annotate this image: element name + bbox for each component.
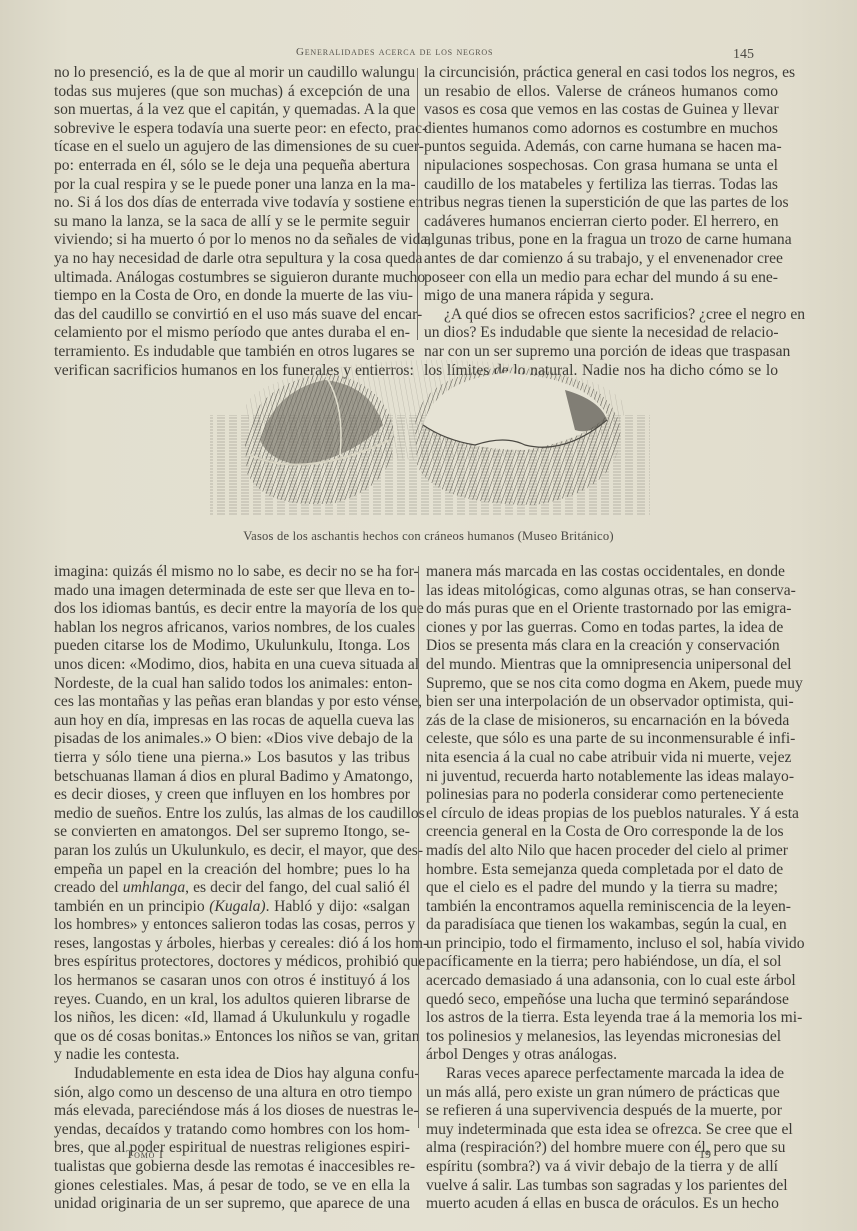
column-divider [418,566,419,1128]
text-line: viviendo; si ha muerto ó por lo menos no… [54,231,410,250]
text-line: polinesias para no poderla considerar co… [426,786,778,805]
text-line: celeste, que sólo es una parte de su inc… [426,730,778,749]
text-line: son muertas, á la vez que el capitán, y … [54,101,410,120]
text-line: se refieren á una supervivencia después … [426,1102,778,1121]
text-line: creado del umhlanga, es decir del fango,… [54,879,410,898]
text-line: madís del alto Nilo que hacen proceder d… [426,842,778,861]
text-line: también en un principio (Kugala). Habló … [54,898,410,917]
text-line: acercado demasiado á una adansonia, con … [426,972,778,991]
text-line: vasos es cosa que vemos en las costas de… [424,101,778,120]
text-line: ces las montañas y las peñas eran blanda… [54,693,410,712]
volume-label: Tomo I [126,1147,164,1162]
text-line: tribus negras tienen la superstición de … [424,194,778,213]
text-line: reyes. Cuando, en un kral, los adultos q… [54,991,410,1010]
text-line: betschuanas llaman á dios en plural Badi… [54,768,410,787]
text-line: las ideas mitológicas, como algunas otra… [426,582,778,601]
text-line: algunas tribus, pone en la fragua un tro… [424,231,778,250]
text-line: nita esencia á la cual no cabe atribuir … [426,749,778,768]
text-line: que os dé cosas bonitas.» Entonces los n… [54,1028,410,1047]
page-header: Generalidades acerca de los negros 145 [0,46,857,64]
text-line: reses, langostas y árboles, hierbas y ce… [54,935,410,954]
skull-cups-engraving-icon [205,345,660,523]
text-line: antes de dar comienzo á su trabajo, y el… [424,250,778,269]
text-line: vuelve á salir. Las tumbas son sagradas … [426,1177,778,1196]
text-line: todas sus mujeres (que son muchas) á exc… [54,83,410,102]
text-line: el círculo de ideas propias de los puebl… [426,805,778,824]
text-line: unos dicen: «Modimo, dios, habita en una… [54,656,410,675]
text-line: medio de sueños. Entre los zulús, las al… [54,805,410,824]
text-line: pacíficamente en la tierra; pero habiénd… [426,953,778,972]
text-line: se convierten en amatongos. Del ser supr… [54,823,410,842]
text-line: tos polinesios y melanesios, las leyenda… [426,1028,778,1047]
column-divider [417,68,418,340]
figure-caption: Vasos de los aschantis hechos con cráneo… [0,529,857,544]
text-line: da paradisíaca que tienen los wakambas, … [426,916,778,935]
text-line: bres, que al poder espiritual de nuestra… [54,1139,410,1158]
book-page: Generalidades acerca de los negros 145 n… [0,0,857,1231]
text-line: sobrevive le espera todavía una suerte p… [54,120,410,139]
text-line: pueden citarse los de Modimo, Ukulunkulu… [54,637,410,656]
text-line: tierra y sólo tiene una pierna.» Los bas… [54,749,410,768]
text-line: tualistas que gobierna desde las remotas… [54,1158,410,1177]
text-line: más elevada, pareciéndose más á los dios… [54,1102,410,1121]
text-line: giones celestiales. Mas, á pesar de todo… [54,1177,410,1196]
text-line: un más allá, pero existe un gran número … [426,1084,778,1103]
text-line: quedó seco, empeñóse una lucha que termi… [426,991,778,1010]
text-line: mado una imagen determinada de este ser … [54,582,410,601]
text-line: tícase en el suelo un agujero de las dim… [54,138,410,157]
illustration-skull-vessels [205,345,660,523]
text-line: tiempo en la Costa de Oro, en donde la m… [54,287,410,306]
text-line: creencia general en la Costa de Oro corr… [426,823,778,842]
text-line: los hermanos se casaran unos con otros é… [54,972,410,991]
text-line: manera más marcada en las costas occiden… [426,563,778,582]
text-line: un principio, todo el firmamento, inclus… [426,935,778,954]
text-line: po: enterrada en él, sólo se le deja una… [54,157,410,176]
column-top-left: no lo presenció, es la de que al morir u… [54,64,410,380]
text-line: ¿A qué dios se ofrecen estos sacrificios… [424,306,778,325]
text-line: empeña un papel en la creación del hombr… [54,861,410,880]
text-line: ya no hay necesidad de darle otra sepult… [54,250,410,269]
text-line: un resabio de ellos. Valerse de cráneos … [424,83,778,102]
text-line: Dios se presenta más clara en la creació… [426,637,778,656]
text-line: poseer con ella un medio para echar del … [424,269,778,288]
text-line: por la cual respira y se le puede poner … [54,176,410,195]
text-line: nipulaciones sospechosas. Con grasa huma… [424,157,778,176]
text-line: hombre. Esta semejanza queda completada … [426,861,778,880]
page-number: 145 [733,47,754,63]
text-line: yendas, decaídos y tratando como hombres… [54,1121,410,1140]
text-line: Raras veces aparece perfectamente marcad… [426,1065,778,1084]
column-bottom-right: manera más marcada en las costas occiden… [426,563,778,1214]
text-line: unidad originaria de un ser supremo, que… [54,1195,410,1214]
text-line: también la encontramos aquella reminisce… [426,898,778,917]
text-line: bres espíritus protectores, doctores y m… [54,953,410,972]
column-bottom-left: imagina: quizás él mismo no lo sabe, es … [54,563,410,1214]
text-line: ni juventud, recuerda harto notablemente… [426,768,778,787]
text-line: los astros de la tierra. Esta leyenda tr… [426,1009,778,1028]
text-line: caudillo de los matabeles y fertiliza la… [424,176,778,195]
text-line: sión, algo como un descenso de una altur… [54,1084,410,1103]
text-line: do más puras que en el Oriente trastorna… [426,600,778,619]
running-title: Generalidades acerca de los negros [296,46,493,58]
text-line: no. Si á los dos días de enterrada vive … [54,194,410,213]
text-line: migo de una manera rápida y segura. [424,287,778,306]
text-line: cadáveres humanos encierran cierto poder… [424,213,778,232]
text-line: alma (respiración?) del hombre muere con… [426,1139,778,1158]
text-line: su mano la lanza, se la saca de allí y s… [54,213,410,232]
text-line: bien ser una interpolación de un observa… [426,693,778,712]
text-line: que el cielo es el padre del mundo y la … [426,879,778,898]
text-line: del mundo. Mientras que la omnipresencia… [426,656,778,675]
text-line: árbol Denges y otras análogas. [426,1046,778,1065]
text-line: no lo presenció, es la de que al morir u… [54,64,410,83]
text-line: pisadas de los animales.» O bien: «Dios … [54,730,410,749]
text-line: zás de la clase de misioneros, su encarn… [426,712,778,731]
text-line: muerto acuden á ellas en busca de orácul… [426,1195,778,1214]
text-line: celamiento por el mismo período que ante… [54,324,410,343]
text-line: Supremo, que se nos cita como dogma en A… [426,675,778,694]
text-line: puntos seguida. Además, con carne humana… [424,138,778,157]
text-line: aun hoy en día, impresas en las rocas de… [54,712,410,731]
text-line: ciones y por las guerras. Como en todas … [426,619,778,638]
text-line: es decir dioses, y creen que influyen en… [54,786,410,805]
column-top-right: la circuncisión, práctica general en cas… [424,64,778,380]
text-line: muy indeterminada que esta idea se ofrez… [426,1121,778,1140]
text-line: hablan los negros africanos, varios nomb… [54,619,410,638]
text-line: y nadie les contesta. [54,1046,410,1065]
text-line: espíritu (sombra?) va á vivir debajo de … [426,1158,778,1177]
text-line: paran los zulús un Ukulunkulo, es decir,… [54,842,410,861]
text-line: un dios? Es indudable que siente la nece… [424,324,778,343]
text-line: dos los idiomas bantús, es decir entre l… [54,600,410,619]
text-line: la circuncisión, práctica general en cas… [424,64,778,83]
text-line: los hombres» y entonces salieron todas l… [54,916,410,935]
text-line: imagina: quizás él mismo no lo sabe, es … [54,563,410,582]
text-line: los niños, les dicen: «Id, llamad á Ukul… [54,1009,410,1028]
text-line: ultimada. Análogas costumbres se siguier… [54,269,410,288]
text-line: Nordeste, de la cual han salido todos lo… [54,675,410,694]
text-line: dientes humanos como adornos es costumbr… [424,120,778,139]
text-line: Indudablemente en esta idea de Dios hay … [54,1065,410,1084]
signature-mark: 19 [699,1147,711,1162]
text-line: das del caudillo se convirtió en el uso … [54,306,410,325]
